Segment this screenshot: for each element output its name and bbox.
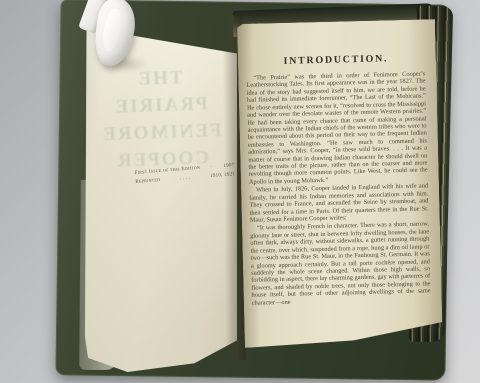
left-page: THE PRAIRIE FENIMORE COOPER First Issue … [85, 20, 237, 372]
introduction-body: “The Prairie” was the third in order of … [246, 70, 431, 306]
intro-paragraph: When in July, 1826, Cooper landed in Eng… [249, 183, 429, 224]
intro-paragraph: “It was thoroughly French in character. … [250, 221, 431, 307]
right-page: INTRODUCTION. “The Prairie” was the thir… [237, 19, 443, 348]
photo-backdrop: THE PRAIRIE FENIMORE COOPER First Issue … [0, 0, 480, 383]
ghost-line: FENIMORE [85, 117, 238, 149]
title-show-through: THE PRAIRIE FENIMORE COOPER [83, 63, 239, 176]
intro-paragraph: “The Prairie” was the third in order of … [246, 70, 428, 186]
